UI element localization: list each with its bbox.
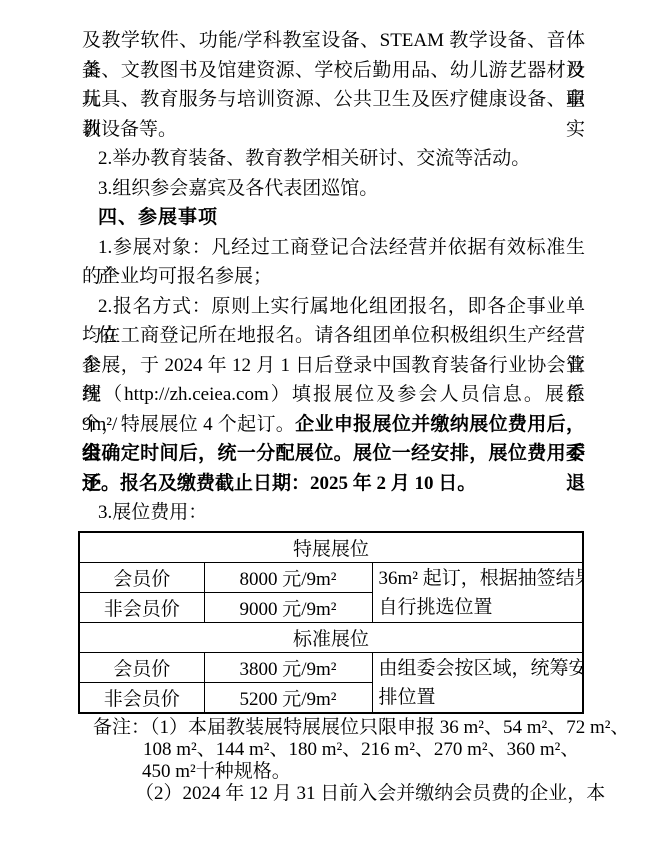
paragraph-line: 2.报名方式：原则上实行属地化组团报名，即各企事业单位	[82, 292, 585, 322]
note-line: 自行挑选位置	[379, 593, 583, 622]
booth-fee-table: 特展展位 会员价 8000 元/9m² 36m² 起订，根据抽签结果 自行挑选位…	[78, 531, 584, 714]
remark-text: （2）2024 年 12 月 31 日前入会并缴纳会员费的企业，本	[135, 783, 605, 804]
body-text: 及教学软件、功能/学科教室设备、STEAM 教学设备、音体美设 备、文教图书及馆…	[82, 26, 585, 528]
paragraph-line: 1.参展对象：凡经过工商登记合法经营并依据有效标准生产	[82, 233, 585, 263]
paragraph-line: 会确定时间后，统一分配展位。展位一经安排，展位费用不予退	[82, 439, 585, 469]
standard-booth-header-cell: 标准展位	[79, 623, 583, 653]
remark-line: 450 m²十种规格。	[82, 761, 602, 783]
table-row: 标准展位	[79, 623, 583, 653]
paragraph-line: 个，特展展位 4 个起订。企业申报展位并缴纳展位费用后，组委	[82, 410, 585, 440]
list-item-line: 2.举办教育装备、教育教学相关研讨、交流等活动。	[82, 144, 585, 174]
paragraph-line: 及教学软件、功能/学科教室设备、STEAM 教学设备、音体美设	[82, 26, 585, 56]
member-price-value-cell: 3800 元/9m²	[204, 653, 372, 683]
remark-line: 108 m²、144 m²、180 m²、216 m²、270 m²、360 m…	[82, 739, 602, 761]
paragraph-line: 统（http://zh.ceiea.com）填报展位及参会人员信息。展位 9m²…	[82, 380, 585, 410]
special-allocation-note-cell: 36m² 起订，根据抽签结果 自行挑选位置	[372, 563, 583, 623]
member-price-label-cell: 会员价	[79, 653, 204, 683]
section-heading: 四、参展事项	[82, 203, 585, 233]
paragraph-line: 参展，于 2024 年 12 月 1 日后登录中国教育装备行业协会管理系	[82, 351, 585, 381]
section-heading-text: 四、参展事项	[98, 207, 218, 228]
nonmember-price-label-cell: 非会员价	[79, 593, 204, 623]
line-text: 3.展位费用：	[98, 502, 207, 523]
nonmember-price-value-cell: 9000 元/9m²	[204, 593, 372, 623]
remark-text: 450 m²十种规格。	[142, 761, 291, 782]
member-price-value-cell: 8000 元/9m²	[204, 563, 372, 593]
nonmember-price-value-cell: 5200 元/9m²	[204, 683, 372, 714]
paragraph-line: 玩具、教育服务与培训资源、公共卫生及医疗健康设备、职教实	[82, 85, 585, 115]
line-text: 个，特展展位 4 个起订。	[82, 414, 295, 435]
table-row: 特展展位	[79, 532, 583, 563]
table-row: 会员价 3800 元/9m² 由组委会按区域，统筹安 排位置	[79, 653, 583, 683]
document-page: 及教学软件、功能/学科教室设备、STEAM 教学设备、音体美设 备、文教图书及馆…	[0, 0, 660, 860]
remark-line: 备注：（1）本届教装展特展展位只限申报 36 m²、54 m²、72 m²、	[82, 717, 602, 739]
special-booth-header-cell: 特展展位	[79, 532, 583, 563]
line-text: 的企业均可报名参展；	[82, 266, 272, 287]
remark-text: 108 m²、144 m²、180 m²、216 m²、270 m²、360 m…	[143, 739, 579, 760]
note-line: 36m² 起订，根据抽签结果	[379, 564, 583, 593]
member-price-label-cell: 会员价	[79, 563, 204, 593]
bold-line-text: 还。报名及缴费截止日期：2025 年 2 月 10 日。	[82, 473, 476, 494]
paragraph-line: 的企业均可报名参展；	[82, 262, 585, 292]
remark-text: 备注：（1）本届教装展特展展位只限申报 36 m²、54 m²、72 m²、	[93, 717, 629, 738]
nonmember-price-label-cell: 非会员价	[79, 683, 204, 714]
remarks: 备注：（1）本届教装展特展展位只限申报 36 m²、54 m²、72 m²、 1…	[82, 717, 602, 805]
table-row: 会员价 8000 元/9m² 36m² 起订，根据抽签结果 自行挑选位置	[79, 563, 583, 593]
fee-caption-line: 3.展位费用：	[82, 498, 585, 528]
standard-allocation-note-cell: 由组委会按区域，统筹安 排位置	[372, 653, 583, 714]
remark-line: （2）2024 年 12 月 31 日前入会并缴纳会员费的企业，本	[82, 783, 602, 805]
line-text: 训设备等。	[82, 119, 177, 140]
paragraph-line: 均在工商登记所在地报名。请各组团单位积极组织生产经营企业	[82, 321, 585, 351]
note-line: 排位置	[379, 683, 583, 712]
note-line: 由组委会按区域，统筹安	[379, 654, 583, 683]
list-item-line: 3.组织参会嘉宾及各代表团巡馆。	[82, 174, 585, 204]
line-text: 3.组织参会嘉宾及各代表团巡馆。	[98, 178, 378, 199]
paragraph-line: 备、文教图书及馆建资源、学校后勤用品、幼儿游艺器材及儿童	[82, 56, 585, 86]
line-text: 2.举办教育装备、教育教学相关研讨、交流等活动。	[98, 148, 530, 169]
